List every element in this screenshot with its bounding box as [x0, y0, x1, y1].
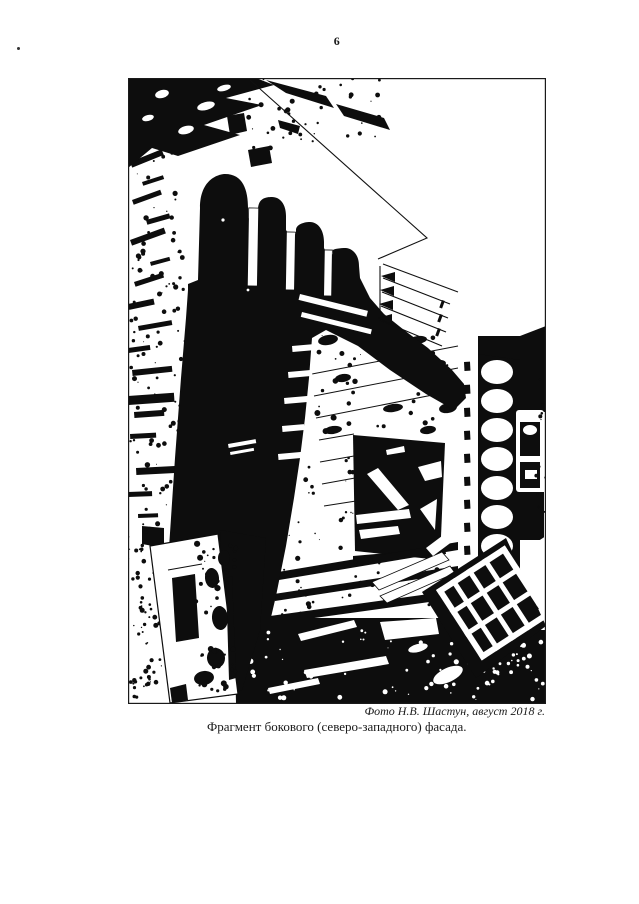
facade-photo-illustration: High-contrast black-and-white photograph…	[128, 78, 546, 704]
photo-caption: Фрагмент бокового (северо-западного) фас…	[207, 719, 467, 735]
window-opening	[353, 435, 445, 560]
page-number: 6	[128, 34, 546, 49]
photo-credit: Фото Н.В. Шастун, август 2018 г.	[128, 704, 545, 719]
scan-artifact-dot	[17, 47, 20, 50]
background-window	[516, 410, 544, 492]
facade-photo: High-contrast black-and-white photograph…	[128, 78, 546, 704]
document-page: 6 High-contrast black-and-white photogra…	[0, 0, 639, 904]
